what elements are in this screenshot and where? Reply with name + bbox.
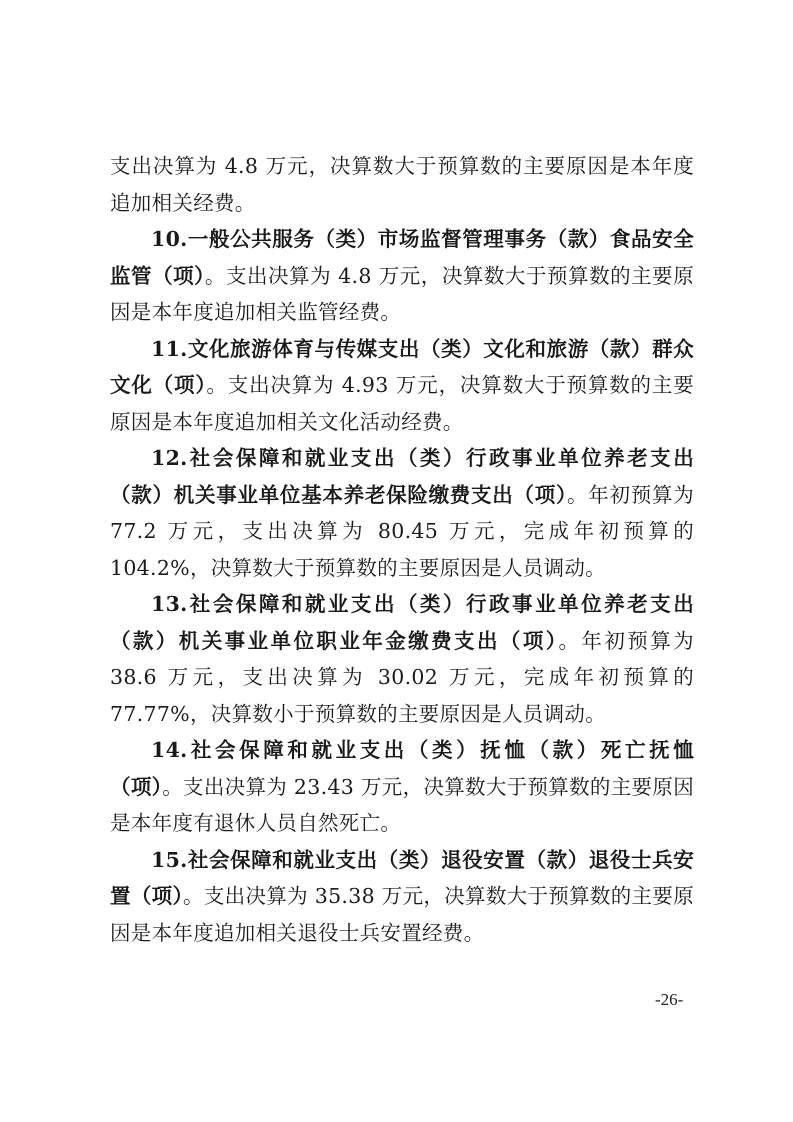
item-number: 10. [151, 227, 188, 251]
paragraph-item-11: 11.文化旅游体育与传媒支出（类）文化和旅游（款）群众文化（项）。支出决算为 4… [110, 331, 694, 441]
item-number: 11. [151, 337, 188, 361]
document-page: 支出决算为 4.8 万元，决算数大于预算数的主要原因是本年度追加相关经费。 10… [110, 148, 694, 951]
paragraph-item-10: 10.一般公共服务（类）市场监督管理事务（款）食品安全监管（项）。支出决算为 4… [110, 221, 694, 331]
item-number: 12. [151, 446, 188, 470]
item-number: 13. [151, 592, 188, 616]
paragraph-body: 支出决算为 4.8 万元，决算数大于预算数的主要原因是本年度追加相关经费。 [110, 154, 694, 215]
item-number: 15. [151, 848, 188, 872]
paragraph-continuation: 支出决算为 4.8 万元，决算数大于预算数的主要原因是本年度追加相关经费。 [110, 148, 694, 221]
paragraph-body: 。支出决算为 23.43 万元，决算数大于预算数的主要原因是本年度有退休人员自然… [110, 775, 694, 836]
paragraph-item-14: 14.社会保障和就业支出（类）抚恤（款）死亡抚恤（项）。支出决算为 23.43 … [110, 732, 694, 842]
page-number: -26- [655, 990, 683, 1010]
paragraph-item-15: 15.社会保障和就业支出（类）退役安置（款）退役士兵安置（项）。支出决算为 35… [110, 842, 694, 952]
item-number: 14. [151, 738, 188, 762]
paragraph-item-13: 13.社会保障和就业支出（类）行政事业单位养老支出（款）机关事业单位职业年金缴费… [110, 586, 694, 732]
paragraph-body: 。支出决算为 35.38 万元，决算数大于预算数的主要原因是本年度追加相关退役士… [110, 884, 694, 945]
paragraph-item-12: 12.社会保障和就业支出（类）行政事业单位养老支出（款）机关事业单位基本养老保险… [110, 440, 694, 586]
